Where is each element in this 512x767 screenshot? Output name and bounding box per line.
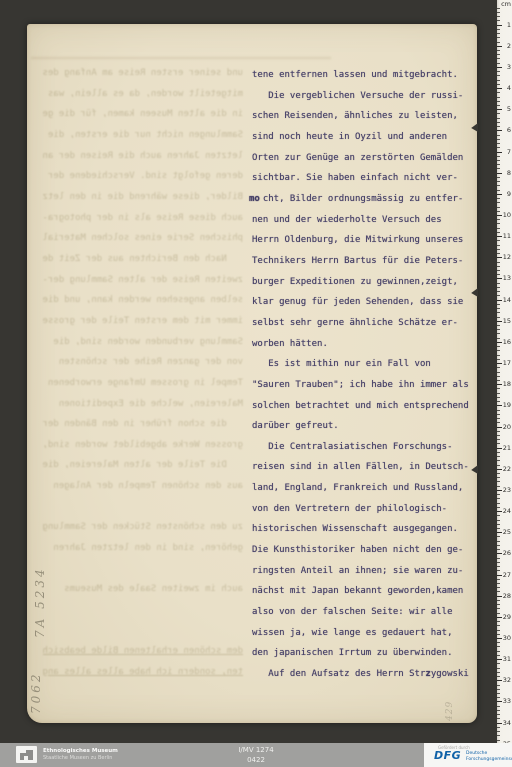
ruler-minor-tick — [497, 676, 500, 677]
ruler-minor-tick — [497, 528, 500, 529]
ruler-number: 3 — [507, 64, 511, 70]
bleedthrough-line: ten, sondern ich habe alles alles ange- — [43, 667, 243, 688]
ruler-tick — [497, 25, 502, 26]
ruler-minor-tick — [497, 570, 500, 571]
ruler-minor-tick — [497, 50, 500, 51]
ruler-minor-tick — [497, 558, 500, 559]
ruler-minor-tick — [497, 452, 500, 453]
bleedthrough-line: phischen Serie eines solchen Materials — [43, 233, 243, 254]
ruler-minor-tick — [497, 325, 500, 326]
ruler-minor-tick — [497, 359, 500, 360]
ruler-minor-tick — [497, 630, 500, 631]
ruler-minor-tick — [497, 507, 500, 508]
ruler-number: 10 — [503, 212, 511, 218]
ruler-minor-tick — [497, 524, 500, 525]
dfg-logo: Gefördert durch DFG Deutsche Forschungsg… — [424, 743, 512, 767]
ruler-minor-tick — [497, 431, 500, 432]
ruler-number: 5 — [507, 106, 511, 112]
ruler-number: 25 — [503, 529, 511, 535]
ruler-unit-label: cm — [501, 1, 511, 7]
ruler-tick — [497, 659, 502, 660]
typed-line: nen und der wiederholte Versuch des — [252, 215, 474, 236]
ruler-minor-tick — [497, 37, 500, 38]
scan-background: und seiner ersten Reise am Anfang desmit… — [0, 0, 512, 767]
typed-line: historischen Wissenschaft ausgegangen. — [252, 524, 474, 545]
ruler-minor-tick — [497, 668, 500, 669]
ruler-minor-tick — [497, 270, 500, 271]
ruler-minor-tick — [497, 583, 500, 584]
bleedthrough-line: in die alten Museen kamen, für die ge- — [43, 109, 243, 130]
typed-line: sind noch heute in Oyzil und anderen — [252, 132, 474, 153]
typed-line: nächst mit Japan bekannt geworden,kamen — [252, 586, 474, 607]
typed-line: wissen ja, wie lange es gedauert hat, — [252, 628, 474, 649]
pencil-inventory-number: 7A 5234 — [33, 566, 47, 638]
ruler-minor-tick — [497, 473, 500, 474]
ruler-minor-tick — [497, 410, 500, 411]
ruler-minor-tick — [497, 604, 500, 605]
ruler-minor-tick — [497, 718, 500, 719]
ruler-minor-tick — [497, 646, 500, 647]
ruler-minor-tick — [497, 520, 500, 521]
ruler-minor-tick — [497, 139, 500, 140]
ruler-tick — [497, 109, 502, 110]
bleedthrough-line: Sammlung verbunden worden sind, die — [43, 337, 243, 358]
ruler-minor-tick — [497, 20, 500, 21]
ruler-number: 20 — [503, 424, 511, 430]
ruler-minor-tick — [497, 541, 500, 542]
ruler-tick — [497, 194, 502, 195]
ruler-tick — [497, 532, 502, 533]
bleedthrough-line — [43, 564, 243, 585]
ruler-minor-tick — [497, 16, 500, 17]
ruler-minor-tick — [497, 317, 500, 318]
museum-name: Ethnologisches Museum — [43, 748, 118, 755]
ruler-minor-tick — [497, 346, 500, 347]
ruler-tick — [497, 490, 502, 491]
ruler-tick — [497, 469, 502, 470]
ruler-minor-tick — [497, 160, 500, 161]
typed-line: von den Vertretern der philologisch- — [252, 504, 474, 525]
bleedthrough-line: grossen Werke abgebildet worden sind, — [43, 440, 243, 461]
ruler-minor-tick — [497, 388, 500, 389]
ruler-tick — [497, 342, 502, 343]
ruler-minor-tick — [497, 304, 500, 305]
pencil-number-corner: 429 — [445, 701, 455, 721]
ruler-number: 19 — [503, 402, 511, 408]
dfg-name-line2: Forschungsgemeinschaft — [466, 757, 512, 763]
ruler-tick — [497, 575, 502, 576]
paper-crease — [31, 57, 331, 59]
bleedthrough-line — [43, 626, 243, 647]
ruler-minor-tick — [497, 84, 500, 85]
ruler-minor-tick — [497, 63, 500, 64]
typed-line: Technikers Herrn Bartus für die Peters- — [252, 256, 474, 277]
bleedthrough-line: und seiner ersten Reise am Anfang des — [43, 68, 243, 89]
typed-line: burger Expeditionen zu gewinnen,zeigt, — [252, 277, 474, 298]
ruler-minor-tick — [497, 714, 500, 715]
ruler-tick — [497, 130, 502, 131]
ruler-minor-tick — [497, 240, 500, 241]
ruler-minor-tick — [497, 181, 500, 182]
ruler-minor-tick — [497, 422, 500, 423]
typed-line: klar genug für jeden Sehenden, dass sie — [252, 297, 474, 318]
typed-line: ringsten Anteil an ihnen; sie waren zu- — [252, 566, 474, 587]
ruler-number: 21 — [503, 445, 511, 451]
ruler-tick — [497, 236, 502, 237]
ruler-number: 22 — [503, 466, 511, 472]
ruler-minor-tick — [497, 481, 500, 482]
ruler-number: 12 — [503, 254, 511, 260]
ruler-minor-tick — [497, 697, 500, 698]
bleedthrough-line: zweiten Reise der alten Sammlung der- — [43, 275, 243, 296]
ruler-minor-tick — [497, 308, 500, 309]
reference-number: I/MV 1274 0422 — [238, 745, 273, 765]
bleedthrough-line: gehören, sind in den letzten Jahren — [43, 543, 243, 564]
ruler-minor-tick — [497, 295, 500, 296]
bleedthrough-line — [43, 605, 243, 626]
bleedthrough-line: Malereien, welche die Expeditionen — [43, 399, 243, 420]
ruler-minor-tick — [497, 591, 500, 592]
ruler-minor-tick — [497, 608, 500, 609]
ruler-minor-tick — [497, 456, 500, 457]
ruler-minor-tick — [497, 291, 500, 292]
ruler-minor-tick — [497, 613, 500, 614]
ruler-minor-tick — [497, 672, 500, 673]
ruler-number: 13 — [503, 275, 511, 281]
ruler-number: 2 — [507, 43, 511, 49]
ruler-number: 14 — [503, 297, 511, 303]
ruler-tick — [497, 723, 502, 724]
typed-line: Auf den Aufsatz des Herrn Strzygowski — [252, 669, 474, 690]
ruler-minor-tick — [497, 105, 500, 106]
ruler-minor-tick — [497, 549, 500, 550]
ruler-minor-tick — [497, 562, 500, 563]
ruler-number: 27 — [503, 572, 511, 578]
ruler-minor-tick — [497, 12, 500, 13]
overstrike-chars: z — [425, 669, 430, 679]
paper: und seiner ersten Reise am Anfang desmit… — [27, 24, 477, 723]
ruler-tick — [497, 553, 502, 554]
typed-line: mocht, Bilder ordnungsmässig zu entfer- — [252, 194, 474, 215]
ruler-minor-tick — [497, 642, 500, 643]
ruler-minor-tick — [497, 101, 500, 102]
bleedthrough-line: selben angesehen werden kann, und die — [43, 295, 243, 316]
ruler-minor-tick — [497, 393, 500, 394]
ruler-number: 28 — [503, 593, 511, 599]
ruler-number: 31 — [503, 656, 511, 662]
ruler-minor-tick — [497, 33, 500, 34]
ruler-minor-tick — [497, 600, 500, 601]
ruler-number: 9 — [507, 191, 511, 197]
bleedthrough-line: Nach den Berichten aus der Zeit der — [43, 254, 243, 275]
typed-line: solchen betrachtet und mich entsprechend — [252, 401, 474, 422]
ruler-minor-tick — [497, 380, 500, 381]
typed-text: tene entfernen lassen und mitgebracht. D… — [252, 70, 474, 690]
bleedthrough-line: deren gefolgt sind. Verschiedene der — [43, 171, 243, 192]
ruler-minor-tick — [497, 655, 500, 656]
footer-bar: Ethnologisches Museum Staatliche Museen … — [0, 743, 512, 767]
ruler-minor-tick — [497, 376, 500, 377]
ruler-minor-tick — [497, 367, 500, 368]
bleedthrough-line — [43, 688, 243, 709]
ruler: cm 1234567891011121314151617181920212223… — [497, 0, 512, 744]
ruler-minor-tick — [497, 621, 500, 622]
typed-line: worben hätten. — [252, 339, 474, 360]
ruler-number: 26 — [503, 550, 511, 556]
ruler-minor-tick — [497, 494, 500, 495]
typed-line: den japanischen Irrtum zu überwinden. — [252, 648, 474, 669]
ruler-minor-tick — [497, 312, 500, 313]
bleedthrough-line: dem schönen erhaltenen Bilde beabsichtig… — [43, 646, 243, 667]
museum-subtitle: Staatliche Museen zu Berlin — [43, 755, 118, 761]
ruler-minor-tick — [497, 460, 500, 461]
ruler-minor-tick — [497, 266, 500, 267]
ruler-number: 30 — [503, 635, 511, 641]
ruler-number: 1 — [507, 22, 511, 28]
ruler-minor-tick — [497, 190, 500, 191]
ruler-tick — [497, 427, 502, 428]
ruler-number: 15 — [503, 318, 511, 324]
typed-line: darüber gefreut. — [252, 421, 474, 442]
ruler-minor-tick — [497, 122, 500, 123]
ruler-minor-tick — [497, 232, 500, 233]
ruler-minor-tick — [497, 177, 500, 178]
ruler-number: 17 — [503, 360, 511, 366]
bleedthrough-line: auch diese Reise als in der photogra- — [43, 213, 243, 234]
typed-line: Orten zur Genüge an zerstörten Gemälden — [252, 153, 474, 174]
ruler-tick — [497, 152, 502, 153]
ruler-number: 23 — [503, 487, 511, 493]
bleedthrough-text: und seiner ersten Reise am Anfang desmit… — [43, 68, 243, 708]
ruler-minor-tick — [497, 693, 500, 694]
ruler-minor-tick — [497, 80, 500, 81]
ruler-minor-tick — [497, 156, 500, 157]
ruler-minor-tick — [497, 329, 500, 330]
ruler-minor-tick — [497, 118, 500, 119]
bleedthrough-line: Sammlungen nicht nur die ersten, die im — [43, 130, 243, 151]
ruler-minor-tick — [497, 372, 500, 373]
ruler-minor-tick — [497, 338, 500, 339]
ruler-tick — [497, 384, 502, 385]
ruler-minor-tick — [497, 634, 500, 635]
ruler-number: 6 — [507, 127, 511, 133]
overstrike-chars: mo — [249, 194, 260, 204]
ruler-minor-tick — [497, 164, 500, 165]
ruler-minor-tick — [497, 75, 500, 76]
ruler-tick — [497, 67, 502, 68]
ruler-minor-tick — [497, 401, 500, 402]
ruler-minor-tick — [497, 168, 500, 169]
ruler-tick — [497, 680, 502, 681]
bleedthrough-line — [43, 502, 243, 523]
ruler-minor-tick — [497, 418, 500, 419]
ruler-minor-tick — [497, 439, 500, 440]
ruler-minor-tick — [497, 185, 500, 186]
ruler-minor-tick — [497, 350, 500, 351]
pencil-number-bottom-left: 7062 — [29, 671, 43, 714]
ruler-number: 8 — [507, 170, 511, 176]
ruler-tick — [497, 363, 502, 364]
ruler-tick — [497, 596, 502, 597]
ruler-minor-tick — [497, 706, 500, 707]
ruler-minor-tick — [497, 477, 500, 478]
scan-page-number: 0422 — [238, 755, 273, 765]
typed-line: schen Reisenden, ähnliches zu leisten, — [252, 111, 474, 132]
ruler-minor-tick — [497, 486, 500, 487]
ruler-minor-tick — [497, 727, 500, 728]
ruler-minor-tick — [497, 58, 500, 59]
ruler-number: 7 — [507, 149, 511, 155]
bleedthrough-line: Tempel in grossem Umfange erworbenen — [43, 378, 243, 399]
bleedthrough-line: Die Teile der alten Malereien, die — [43, 460, 243, 481]
ruler-minor-tick — [497, 587, 500, 588]
ruler-minor-tick — [497, 731, 500, 732]
dfg-acronym: DFG — [434, 749, 461, 762]
ruler-minor-tick — [497, 274, 500, 275]
ruler-minor-tick — [497, 710, 500, 711]
ruler-minor-tick — [497, 8, 500, 9]
ruler-number: 33 — [503, 698, 511, 704]
museum-glyph-icon — [19, 749, 34, 761]
ruler-number: 4 — [507, 85, 511, 91]
ruler-minor-tick — [497, 740, 500, 741]
ruler-minor-tick — [497, 287, 500, 288]
ruler-minor-tick — [497, 262, 500, 263]
dfg-full-name: Deutsche Forschungsgemeinschaft — [466, 751, 512, 762]
ruler-minor-tick — [497, 515, 500, 516]
ruler-number: 16 — [503, 339, 511, 345]
ruler-minor-tick — [497, 689, 500, 690]
bleedthrough-line: letzten Jahren auch die Reisen der an- — [43, 151, 243, 172]
ruler-minor-tick — [497, 249, 500, 250]
ruler-minor-tick — [497, 735, 500, 736]
ruler-minor-tick — [497, 54, 500, 55]
ruler-minor-tick — [497, 211, 500, 212]
ruler-minor-tick — [497, 414, 500, 415]
ruler-minor-tick — [497, 465, 500, 466]
ruler-minor-tick — [497, 92, 500, 93]
bleedthrough-line: von der ganzen Reihe der schönsten — [43, 357, 243, 378]
ruler-minor-tick — [497, 202, 500, 203]
bleedthrough-line: aus den schönen Tempeln der Anlagen — [43, 481, 243, 502]
ruler-minor-tick — [497, 545, 500, 546]
ruler-minor-tick — [497, 685, 500, 686]
ruler-minor-tick — [497, 651, 500, 652]
ruler-minor-tick — [497, 536, 500, 537]
typed-line: Die Centralasiatischen Forschungs- — [252, 442, 474, 463]
ruler-minor-tick — [497, 147, 500, 148]
ruler-tick — [497, 278, 502, 279]
ruler-minor-tick — [497, 42, 500, 43]
ruler-minor-tick — [497, 219, 500, 220]
typed-line: Es ist mithin nur ein Fall von — [252, 359, 474, 380]
bleedthrough-line: mitgeteilt worden, da es allein, was die — [43, 89, 243, 110]
bleedthrough-line: die schon früher in den Bänden der — [43, 419, 243, 440]
ruler-tick — [497, 173, 502, 174]
ruler-tick — [497, 405, 502, 406]
ruler-tick — [497, 257, 502, 258]
museum-logo-icon — [16, 746, 37, 763]
bleedthrough-line: immer mit dem ersten Teile der grossen — [43, 316, 243, 337]
ruler-minor-tick — [497, 333, 500, 334]
ruler-tick — [497, 88, 502, 89]
ruler-tick — [497, 617, 502, 618]
ruler-minor-tick — [497, 566, 500, 567]
bleedthrough-line: Bilder, diese während die in den letzten — [43, 192, 243, 213]
ruler-minor-tick — [497, 135, 500, 136]
museum-name-block: Ethnologisches Museum Staatliche Museen … — [43, 748, 118, 761]
ruler-minor-tick — [497, 207, 500, 208]
ruler-minor-tick — [497, 435, 500, 436]
typed-line: also von der falschen Seite: wir alle — [252, 607, 474, 628]
ruler-number: 32 — [503, 677, 511, 683]
ruler-minor-tick — [497, 29, 500, 30]
typed-line: tene entfernen lassen und mitgebracht. — [252, 70, 474, 91]
ruler-number: 11 — [503, 233, 511, 239]
typed-line: selbst sehr gerne ähnliche Schätze er- — [252, 318, 474, 339]
ruler-tick — [497, 448, 502, 449]
ruler-tick — [497, 701, 502, 702]
ruler-tick — [497, 511, 502, 512]
ruler-tick — [497, 300, 502, 301]
ruler-minor-tick — [497, 503, 500, 504]
ruler-minor-tick — [497, 253, 500, 254]
ruler-number: 18 — [503, 381, 511, 387]
ruler-minor-tick — [497, 143, 500, 144]
ruler-minor-tick — [497, 443, 500, 444]
ruler-minor-tick — [497, 498, 500, 499]
typed-line: Herrn Oldenburg, die Mitwirkung unseres — [252, 235, 474, 256]
ruler-minor-tick — [497, 663, 500, 664]
ruler-minor-tick — [497, 113, 500, 114]
ruler-minor-tick — [497, 223, 500, 224]
ruler-number: 34 — [503, 720, 511, 726]
ruler-minor-tick — [497, 228, 500, 229]
ruler-tick — [497, 638, 502, 639]
ruler-minor-tick — [497, 126, 500, 127]
ruler-number: 29 — [503, 614, 511, 620]
ruler-minor-tick — [497, 245, 500, 246]
ruler-tick — [497, 321, 502, 322]
typed-line: Die Kunsthistoriker haben nicht den ge- — [252, 545, 474, 566]
ruler-tick — [497, 215, 502, 216]
ruler-minor-tick — [497, 198, 500, 199]
ruler-minor-tick — [497, 579, 500, 580]
typed-line: sichtbar. Sie haben einfach nicht ver- — [252, 173, 474, 194]
ruler-minor-tick — [497, 283, 500, 284]
ruler-minor-tick — [497, 97, 500, 98]
ruler-minor-tick — [497, 397, 500, 398]
ruler-minor-tick — [497, 355, 500, 356]
ruler-minor-tick — [497, 71, 500, 72]
inventory-reference: I/MV 1274 — [238, 745, 273, 755]
ruler-number: 24 — [503, 508, 511, 514]
typed-line: land, England, Frankreich und Russland, — [252, 483, 474, 504]
bleedthrough-line: auch im zweiten Saale des Museums — [43, 584, 243, 605]
typed-line: reisen sind in allen Fällen, in Deutsch- — [252, 462, 474, 483]
bleedthrough-line: zu den schönsten Stücken der Sammlung — [43, 522, 243, 543]
typed-line: "Sauren Trauben"; ich habe ihn immer als — [252, 380, 474, 401]
museum-logo: Ethnologisches Museum Staatliche Museen … — [16, 746, 118, 763]
ruler-minor-tick — [497, 625, 500, 626]
ruler-tick — [497, 46, 502, 47]
typed-line: Die vergeblichen Versuche der russi- — [252, 91, 474, 112]
